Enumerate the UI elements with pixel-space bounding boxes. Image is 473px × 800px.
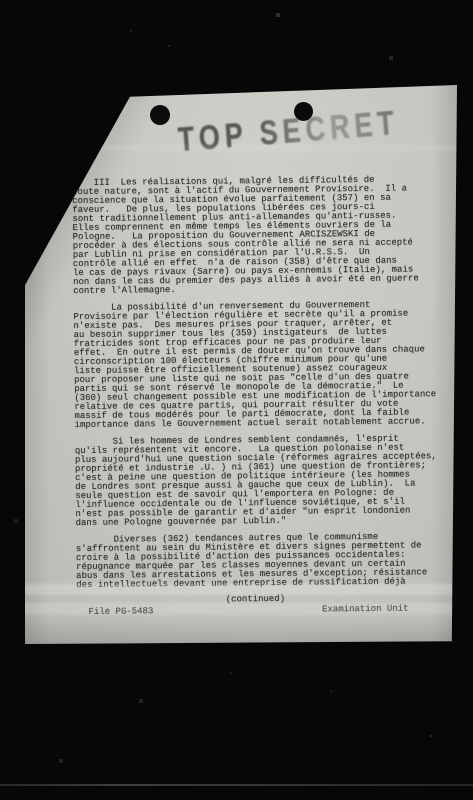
film-background: TOP SECRET III Les réalisations qui, mal… — [0, 0, 473, 800]
examination-unit-label: Examination Unit — [322, 604, 409, 614]
paragraph: Diverses (362) tendances autres que le c… — [76, 532, 435, 590]
text-line: dans une Pologne gouvernée par Lublin." — [76, 515, 434, 528]
punch-hole-left — [150, 105, 170, 125]
film-specks — [0, 0, 2, 2]
paragraph: III Les réalisations qui, malgré les dif… — [72, 175, 431, 296]
film-edge-line — [0, 784, 473, 786]
paragraph: La possibilité d'un renversement du Gouv… — [73, 300, 432, 430]
document-page: TOP SECRET III Les réalisations qui, mal… — [25, 85, 457, 644]
text-line: des intellectuels devant une entreprise … — [76, 577, 434, 590]
text-line: contre l'Allemagne. — [73, 283, 431, 296]
file-number: File PG-5483 — [88, 607, 153, 617]
paragraphs: III Les réalisations qui, malgré les dif… — [72, 175, 434, 590]
top-secret-stamp: TOP SECRET — [177, 106, 401, 158]
footer-row: File PG-5483 Examination Unit — [76, 602, 434, 617]
document-text: III Les réalisations qui, malgré les dif… — [72, 175, 435, 617]
text-line: importance dans le Gouvernement actuel s… — [75, 417, 433, 430]
paragraph: Si les hommes de Londres semblent condam… — [75, 434, 434, 528]
